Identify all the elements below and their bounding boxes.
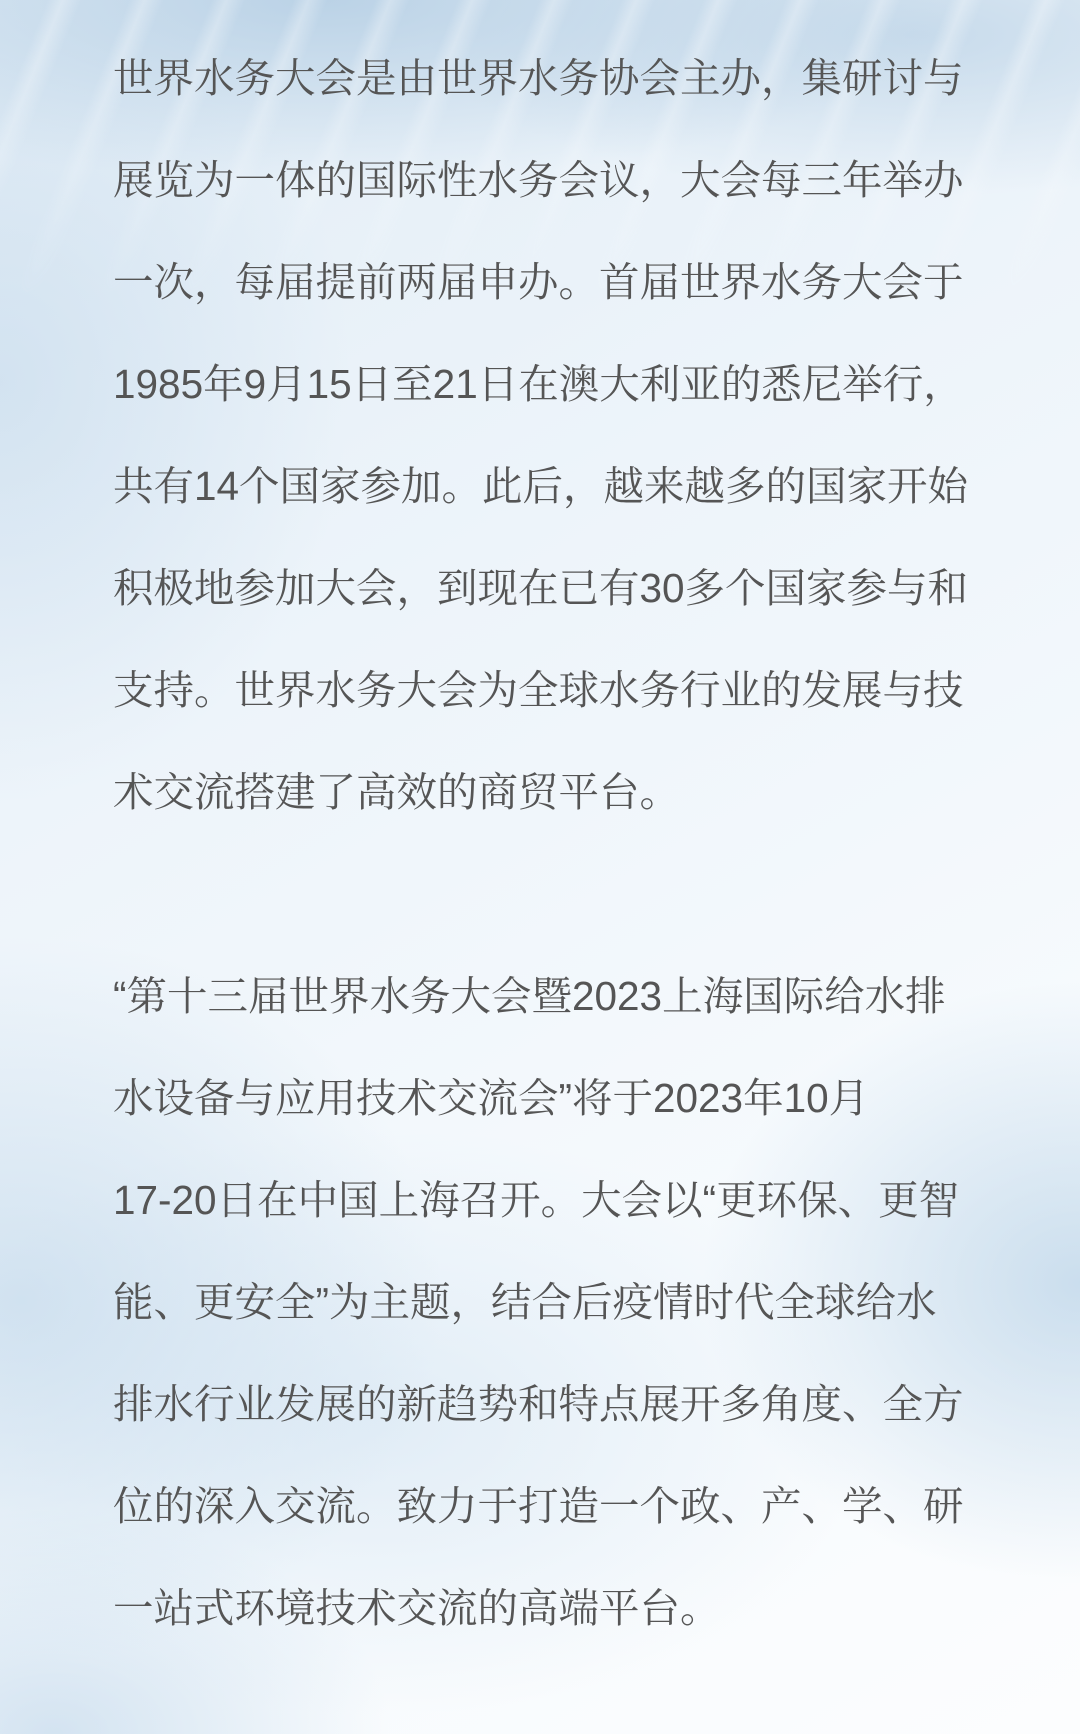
text-line: 1985年9月15日至21日在澳大利亚的悉尼举行， [113,333,965,435]
text-line: 能、更安全”为主题，结合后疫情时代全球给水 [113,1251,965,1353]
article-body: 世界水务大会是由世界水务协会主办，集研讨与 展览为一体的国际性水务会议，大会每三… [113,27,965,1659]
text-line: 展览为一体的国际性水务会议，大会每三年举办 [113,129,965,231]
text-line: 术交流搭建了高效的商贸平台。 [113,741,965,843]
text-line: 积极地参加大会，到现在已有30多个国家参与和 [113,537,965,639]
text-line: 一次，每届提前两届申办。首届世界水务大会于 [113,231,965,333]
text-line: 位的深入交流。致力于打造一个政、产、学、研 [113,1455,965,1557]
text-line: 一站式环境技术交流的高端平台。 [113,1557,965,1659]
article-page: 世界水务大会是由世界水务协会主办，集研讨与 展览为一体的国际性水务会议，大会每三… [0,0,1080,1734]
paragraph-1: 世界水务大会是由世界水务协会主办，集研讨与 展览为一体的国际性水务会议，大会每三… [113,27,965,843]
text-line: 共有14个国家参加。此后，越来越多的国家开始 [113,435,965,537]
text-line: 水设备与应用技术交流会”将于2023年10月 [113,1047,965,1149]
paragraph-2: “第十三届世界水务大会暨2023上海国际给水排 水设备与应用技术交流会”将于20… [113,945,965,1659]
text-line: 排水行业发展的新趋势和特点展开多角度、全方 [113,1353,965,1455]
text-line: 支持。世界水务大会为全球水务行业的发展与技 [113,639,965,741]
text-line: 世界水务大会是由世界水务协会主办，集研讨与 [113,27,965,129]
text-line: 17-20日在中国上海召开。大会以“更环保、更智 [113,1149,965,1251]
text-line: “第十三届世界水务大会暨2023上海国际给水排 [113,945,965,1047]
